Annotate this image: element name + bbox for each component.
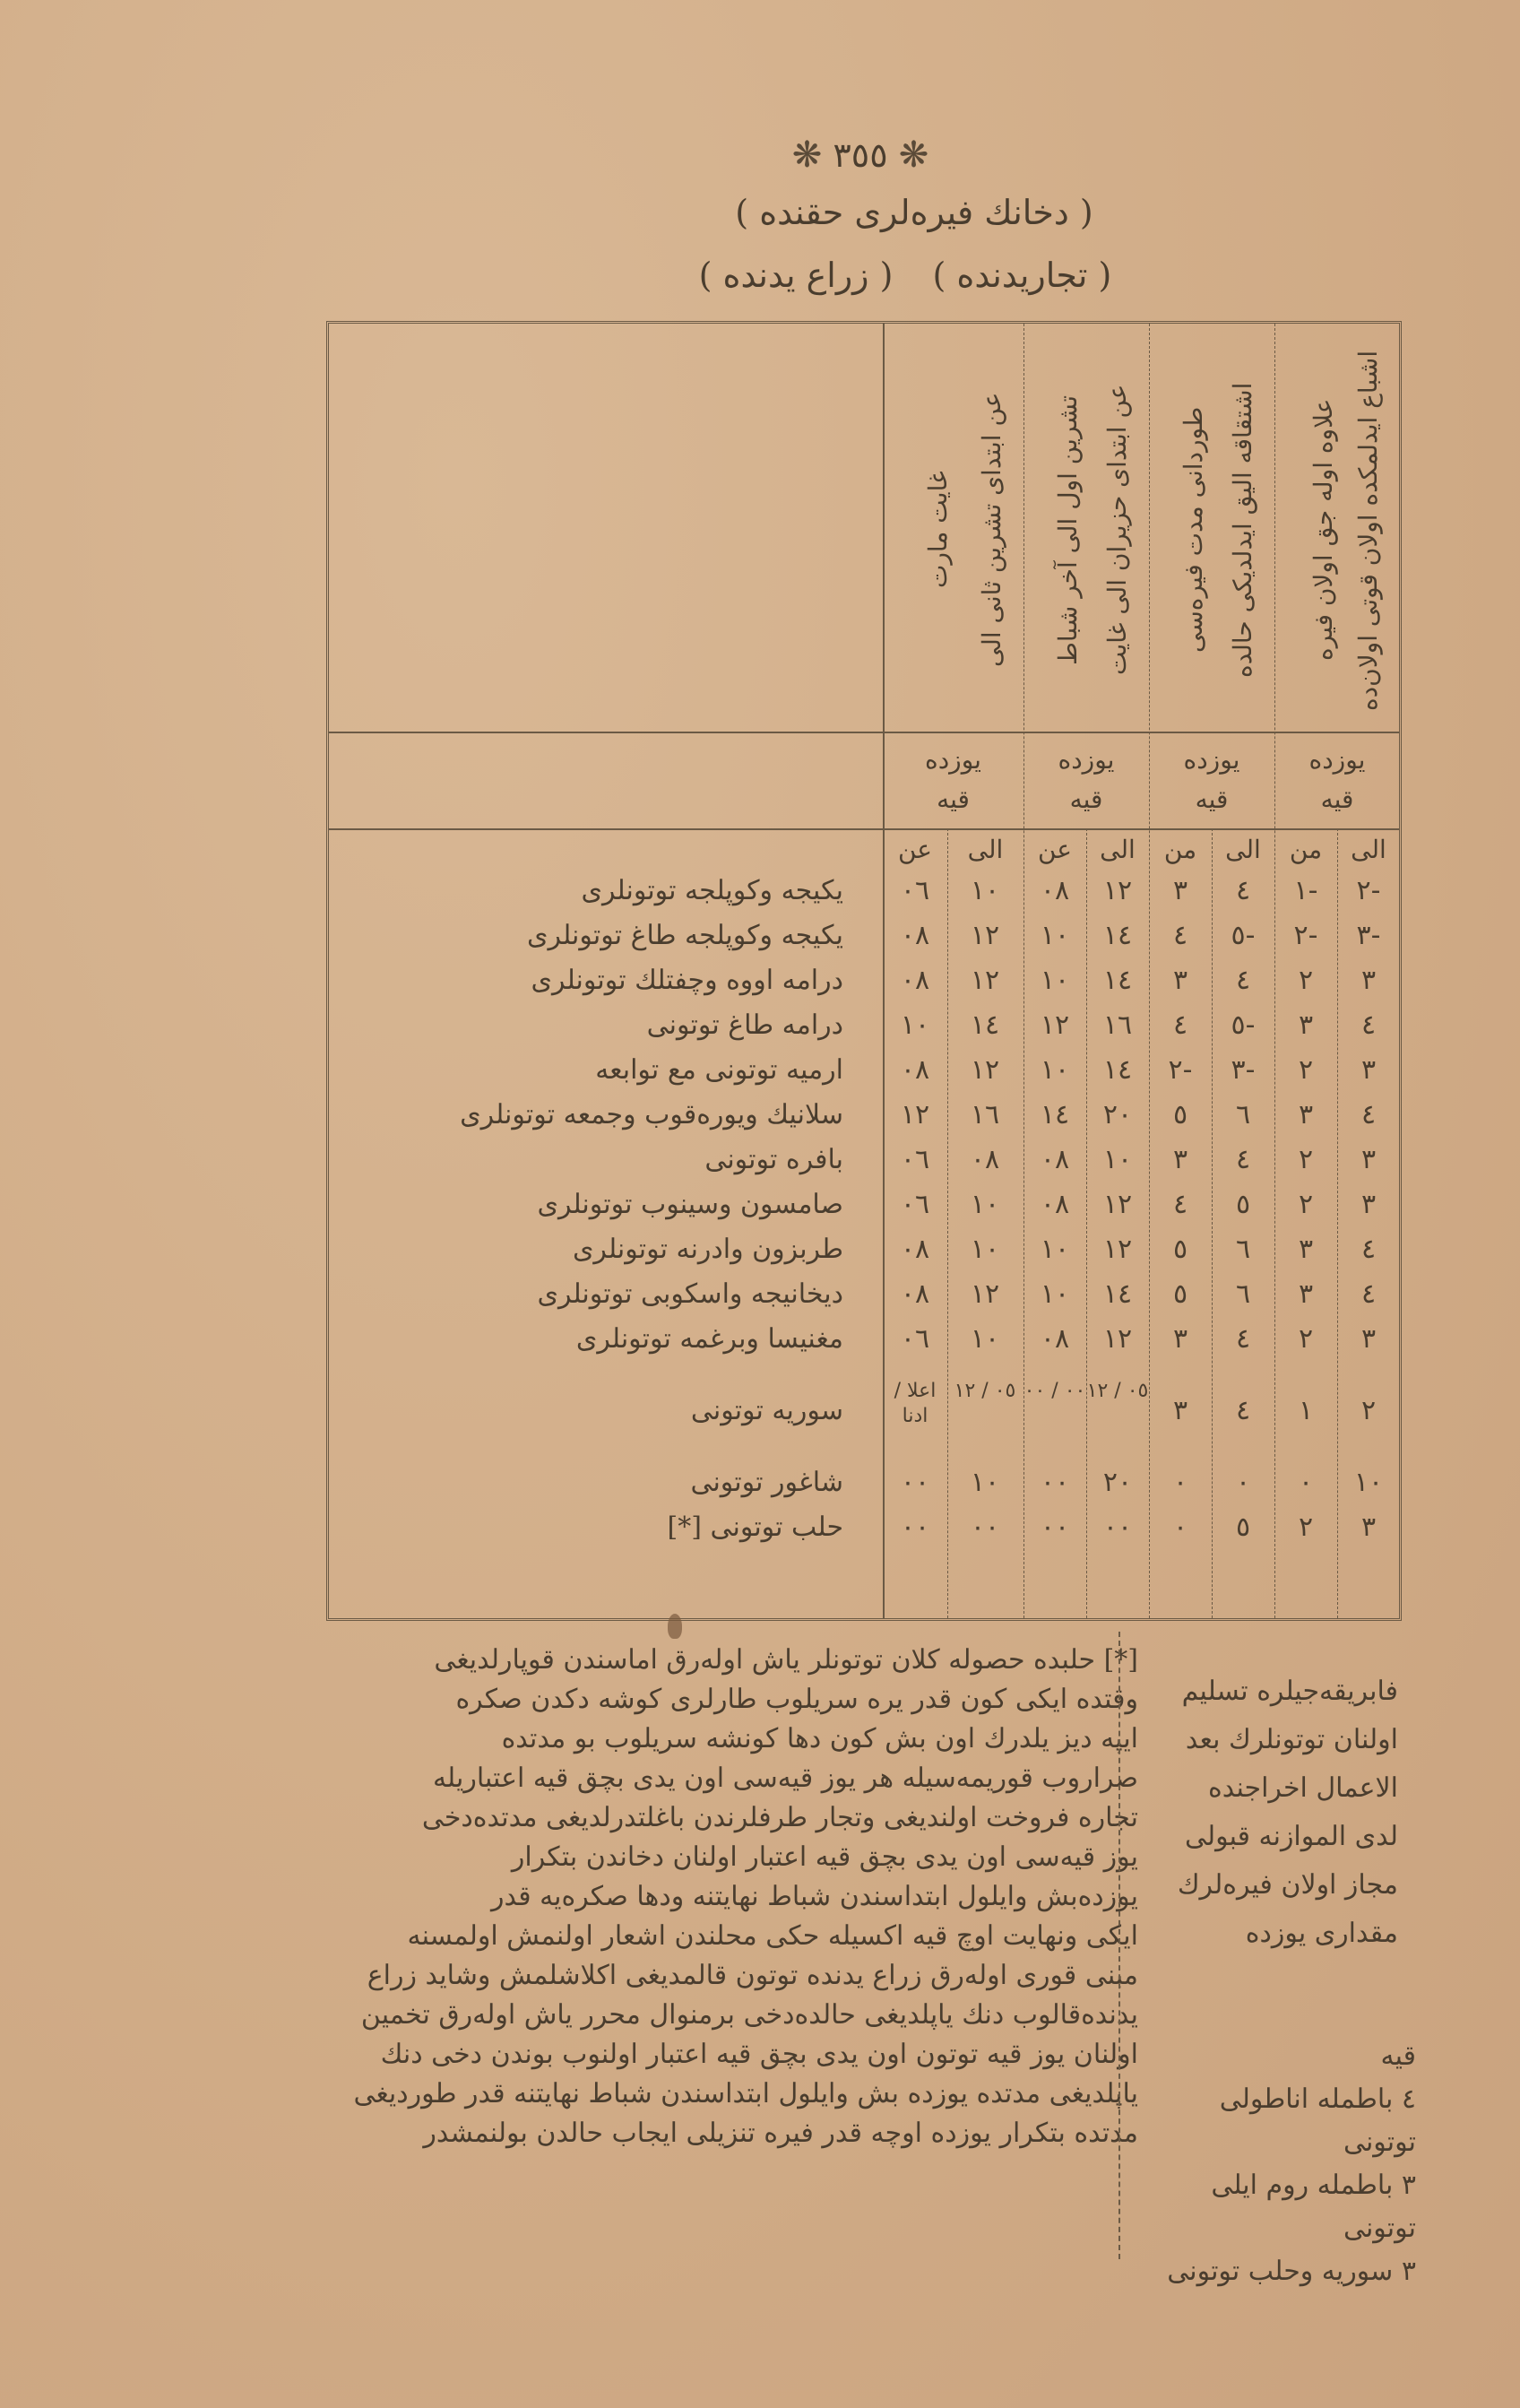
ornament-icon: ❋ — [792, 134, 823, 176]
side-note-line: مجاز اولان فیره‌لرك — [1156, 1861, 1398, 1910]
unit-top: یوزده — [1274, 741, 1400, 780]
table-row-label: سوریه توتونی — [691, 1395, 843, 1426]
side-note-item: ٣ سوریه وحلب توتونی — [1147, 2250, 1416, 2293]
table-cell: -٣ — [1212, 1054, 1274, 1086]
footnote-line: مدتده بتکرار یوزده اوچه قدر فیره تنزیلی … — [332, 2114, 1138, 2153]
unit-cell: یوزده قیه — [1274, 741, 1400, 819]
page-number-value: ٣٥٥ — [833, 135, 887, 175]
table-cell: ٤ — [1337, 1009, 1400, 1041]
table-cell: ١٢ — [954, 965, 1016, 996]
table-cell: ١٢ — [884, 1099, 946, 1130]
table-cell: ٢ — [1274, 1144, 1337, 1175]
table-cell: ٥ — [1212, 1511, 1274, 1543]
table-cell: ١٢ — [1086, 1323, 1149, 1355]
table-row-label: شاغور توتونی — [690, 1467, 843, 1498]
table-row-label: درامه طاغ توتونی — [647, 1009, 843, 1041]
unit-cell: یوزده قیه — [883, 741, 1023, 819]
table-cell: ٠٠ — [884, 1467, 946, 1498]
table-cell: ١٤ — [1086, 920, 1149, 951]
table-cell: ٤ — [1212, 965, 1274, 996]
table-cell: ١٠ — [1023, 1054, 1086, 1086]
table-cell: ٢٠ — [1086, 1467, 1149, 1498]
side-note-line: فابریقه‌جیلره تسلیم — [1156, 1667, 1398, 1716]
table-cell: ٢ — [1274, 1189, 1337, 1220]
table-cell: ٥ — [1149, 1278, 1212, 1310]
table-cell: ٢ — [1274, 1323, 1337, 1355]
side-note: فابریقه‌جیلره تسلیم اولنان توتونلرك بعد … — [1156, 1667, 1398, 1958]
table-row-label: سلانیك ویوره‌قوب وجمعه توتونلری — [460, 1099, 843, 1130]
table-cell: ٠٨ — [884, 965, 946, 996]
side-note-line: الاعمال اخراجنده — [1156, 1764, 1398, 1813]
side-note-item: ٤ باطمله اناطولی توتونی — [1147, 2078, 1416, 2164]
table-cell: ١٠ — [954, 1323, 1016, 1355]
table-cell: -٥ — [1212, 920, 1274, 951]
table-cell: ٣ — [1337, 1189, 1400, 1220]
side-note-list: قیه ٤ باطمله اناطولی توتونی ٣ باطمله روم… — [1147, 2035, 1416, 2293]
table-cell: ٣ — [1274, 1234, 1337, 1265]
table-cell: ١٠ — [954, 1189, 1016, 1220]
footnote-line: یدنده‌قالوب دنك یاپلدیغی حالده‌دخی برمنو… — [332, 1996, 1138, 2035]
table-cell: ٠ — [1149, 1511, 1212, 1543]
table-cell: اعلا / ادنا — [884, 1379, 946, 1429]
table-cell: ٠٨ — [1023, 875, 1086, 906]
table-cell: -٢ — [1274, 920, 1337, 951]
table-cell: ٣ — [1337, 965, 1400, 996]
table-cell: ١٠ — [954, 1467, 1016, 1498]
table-cell: ٢ — [1274, 1054, 1337, 1086]
unit-cell: یوزده قیه — [1023, 741, 1149, 819]
sub-header: الی — [1337, 835, 1400, 864]
page-subtitles: ( تجاریدنده ) ( زراع یدنده ) — [592, 256, 1219, 295]
side-note-divider — [1118, 1632, 1120, 2259]
table-cell: ٣ — [1337, 1144, 1400, 1175]
table-cell: ١٤ — [1086, 1278, 1149, 1310]
tobacco-wastage-table: اشباع ایدلمکده اولان قوتی اولان‌ده علاوه… — [326, 321, 1402, 1621]
table-cell: ١٦ — [954, 1099, 1016, 1130]
table-cell: ١٠ — [954, 1234, 1016, 1265]
table-cell: ٦ — [1212, 1234, 1274, 1265]
table-cell: ١٢ — [1086, 1234, 1149, 1265]
table-cell: ٢٠ — [1086, 1099, 1149, 1130]
table-cell: ١٠ — [884, 1009, 946, 1041]
subtitle-farmers: ( زراع یدنده ) — [699, 256, 894, 295]
table-cell: ٠٨ — [1023, 1144, 1086, 1175]
item-qty: ٤ — [1402, 2083, 1416, 2115]
table-cell: ٣ — [1149, 875, 1212, 906]
column-header-6: تشرین اول الی آخر شباط — [1050, 359, 1086, 700]
table-cell: ١٢ — [1086, 1189, 1149, 1220]
table-row-label: حلب توتونی [*] — [668, 1511, 843, 1543]
table-cell: ٠٦ — [884, 1189, 946, 1220]
table-cell: ١ — [1274, 1395, 1337, 1426]
table-cell: ٢ — [1337, 1395, 1400, 1426]
table-cell: ٣ — [1337, 1323, 1400, 1355]
footnote-line: یوزده‌بش وایلول ابتداسندن شباط نهایتنه و… — [332, 1877, 1138, 1917]
page-title: ( دخانك فيره‌لری حقنده ) — [663, 193, 1165, 232]
header-divider — [329, 732, 1399, 733]
table-cell: ٠٨ — [884, 1278, 946, 1310]
footnote-line: ایکی ونهایت اوچ قیه اکسیله حکی محلندن اش… — [332, 1917, 1138, 1956]
item-label: سوریه وحلب توتونی — [1167, 2256, 1393, 2287]
sub-header: الی — [947, 835, 1023, 864]
table-cell: ٣ — [1274, 1099, 1337, 1130]
table-cell: ١٢ — [954, 920, 1016, 951]
table-cell: ٠٥ / ١٢ — [1086, 1379, 1149, 1404]
table-row-label: یکیجه وکوپلجه طاغ توتونلری — [527, 920, 843, 951]
footnote-line: تجاره فروخت اولندیغی وتجار طرفلرندن باغل… — [332, 1798, 1138, 1838]
table-cell: ١٠ — [1023, 1278, 1086, 1310]
side-note-line: مقداری یوزده — [1156, 1910, 1398, 1958]
item-label: باطمله اناطولی توتونی — [1220, 2083, 1416, 2158]
table-cell: ٢ — [1274, 965, 1337, 996]
table-cell: ١٢ — [954, 1054, 1016, 1086]
column-header-5: عن ابتدای حزیران الی غایت — [1100, 351, 1136, 709]
table-cell: ٠٠ — [1023, 1511, 1086, 1543]
column-header-7: عن ابتدای تشرین ثانی الی — [974, 351, 1010, 709]
table-cell: ٣ — [1274, 1009, 1337, 1041]
unit-bottom: قیه — [883, 780, 1023, 819]
footnote-line: اولنان یوز قیه توتون اون یدی بچق قیه اعت… — [332, 2035, 1138, 2075]
table-cell: ٤ — [1212, 1323, 1274, 1355]
table-cell: ٠٠ — [1086, 1511, 1149, 1543]
unit-bottom: قیه — [1023, 780, 1149, 819]
column-header-4: طوردانی مدت فیره‌سی — [1176, 359, 1212, 700]
table-cell: ٦ — [1212, 1099, 1274, 1130]
column-header-3: اشتقاقه الیق ایدلدیکی حالده — [1225, 351, 1261, 709]
table-cell: -٢ — [1149, 1054, 1212, 1086]
table-cell: ١٠ — [1023, 920, 1086, 951]
unit-divider — [329, 828, 1399, 830]
table-cell: ٠٨ — [954, 1144, 1016, 1175]
footnote: [*] حلبده حصوله کلان توتونلر یاش اوله‌رق… — [332, 1641, 1138, 2153]
side-note-item: ٣ باطمله روم ایلی توتونی — [1147, 2164, 1416, 2250]
table-cell: ١٤ — [1086, 965, 1149, 996]
table-cell: ١٠ — [1023, 965, 1086, 996]
table-cell: -٥ — [1212, 1009, 1274, 1041]
sub-column-divider — [947, 828, 948, 1618]
table-cell: ٠٠ — [884, 1511, 946, 1543]
table-cell: ٦ — [1212, 1278, 1274, 1310]
table-cell: ٥ — [1149, 1234, 1212, 1265]
table-cell: ٠٦ — [884, 875, 946, 906]
table-cell: ٠٠ — [1023, 1467, 1086, 1498]
table-cell: ٣ — [1337, 1511, 1400, 1543]
table-cell: ٤ — [1212, 875, 1274, 906]
footnote-line: وقتده ایکی کون قدر یره سریلوب طارلری کوش… — [332, 1680, 1138, 1719]
table-row-label: ارمیه توتونی مع توابعه — [595, 1054, 843, 1086]
side-note-unit: قیه — [1147, 2035, 1416, 2078]
table-cell: ٣ — [1149, 1323, 1212, 1355]
sub-header: عن — [883, 835, 947, 864]
table-cell: ٣ — [1274, 1278, 1337, 1310]
footnote-line: مبنی قوری اوله‌رق زراع یدنده توتون قالمد… — [332, 1956, 1138, 1996]
table-cell: ٤ — [1212, 1395, 1274, 1426]
unit-top: یوزده — [1149, 741, 1274, 780]
side-note-line: لدی الموازنه قبولی — [1156, 1813, 1398, 1861]
table-cell: ٣ — [1149, 1395, 1212, 1426]
page-number: ❋ ٣٥٥ ❋ — [771, 134, 950, 176]
table-cell: ١٢ — [1023, 1009, 1086, 1041]
table-cell: ١٤ — [1023, 1099, 1086, 1130]
sub-header: الی — [1212, 835, 1274, 864]
table-cell: ٣ — [1337, 1054, 1400, 1086]
item-label: باطمله روم ایلی توتونی — [1211, 2170, 1416, 2244]
table-cell: ١٠ — [1023, 1234, 1086, 1265]
table-row-label: دیخانیجه واسکوبی توتونلری — [537, 1278, 843, 1310]
sub-header: الی — [1086, 835, 1149, 864]
table-row-label: طربزون وادرنه توتونلری — [573, 1234, 843, 1265]
table-cell: ١٤ — [954, 1009, 1016, 1041]
table-cell: ٠٨ — [884, 1234, 946, 1265]
table-cell: ١٢ — [954, 1278, 1016, 1310]
table-cell: ٠٠ / ٠٠ — [1023, 1379, 1086, 1404]
unit-cell: یوزده قیه — [1149, 741, 1274, 819]
table-cell: ٢ — [1274, 1511, 1337, 1543]
table-row-label: صامسون وسینوب توتونلری — [537, 1189, 843, 1220]
table-row-label: درامه اووه وچفتلك توتونلری — [531, 965, 843, 996]
table-cell: ٠٠ — [954, 1511, 1016, 1543]
table-cell: ٠٦ — [884, 1144, 946, 1175]
footnote-line: ایپه دیز یلدرك اون بش کون دها کونشه سریل… — [332, 1719, 1138, 1759]
table-cell: ٠٨ — [884, 920, 946, 951]
table-cell: ٠٨ — [884, 1054, 946, 1086]
sub-header: من — [1149, 835, 1212, 864]
table-cell: ٤ — [1149, 920, 1212, 951]
column-header-2: علاوه اوله جق اولان فیره — [1306, 359, 1342, 700]
table-cell: ١٦ — [1086, 1009, 1149, 1041]
table-cell: ٠٨ — [1023, 1323, 1086, 1355]
table-cell: ٠٨ — [1023, 1189, 1086, 1220]
table-cell: ٤ — [1149, 1189, 1212, 1220]
table-cell: -٢ — [1337, 875, 1400, 906]
table-row-label: یکیجه وکوپلجه توتونلری — [582, 875, 844, 906]
table-cell: ٤ — [1337, 1099, 1400, 1130]
unit-top: یوزده — [1023, 741, 1149, 780]
table-row-label: مغنیسا وبرغمه توتونلری — [576, 1323, 843, 1355]
table-cell: ١٠ — [1337, 1467, 1400, 1498]
table-cell: ٠ — [1212, 1467, 1274, 1498]
unit-bottom: قیه — [1149, 780, 1274, 819]
table-cell: ٣ — [1149, 1144, 1212, 1175]
paper-stain — [668, 1614, 682, 1639]
table-cell: ٤ — [1212, 1144, 1274, 1175]
table-cell: -٣ — [1337, 920, 1400, 951]
footnote-line: یاپلدیغی مدتده یوزده بش وایلول ابتداسندن… — [332, 2075, 1138, 2114]
table-cell: ٤ — [1337, 1278, 1400, 1310]
table-cell: ٠٥ / ١٢ — [954, 1379, 1016, 1404]
unit-top: یوزده — [883, 741, 1023, 780]
footnote-line: صراروب قوریمه‌سیله هر یوز قیه‌سی اون یدی… — [332, 1759, 1138, 1798]
subtitle-merchants: ( تجاریدنده ) — [933, 256, 1112, 295]
table-cell: ٣ — [1149, 965, 1212, 996]
table-cell: ١٠ — [954, 875, 1016, 906]
side-note-line: اولنان توتونلرك بعد — [1156, 1716, 1398, 1764]
table-row-label: بافره توتونی — [704, 1144, 843, 1175]
table-cell: -١ — [1274, 875, 1337, 906]
sub-header: عن — [1023, 835, 1086, 864]
footnote-line: یوز قیه‌سی اون یدی بچق قیه اعتبار اولنان… — [332, 1838, 1138, 1877]
unit-bottom: قیه — [1274, 780, 1400, 819]
table-cell: ٠ — [1149, 1467, 1212, 1498]
ornament-icon: ❋ — [899, 134, 929, 176]
table-cell: ١٢ — [1086, 875, 1149, 906]
table-cell: ١٠ — [1086, 1144, 1149, 1175]
item-qty: ٣ — [1402, 2170, 1416, 2201]
table-cell: ٥ — [1149, 1099, 1212, 1130]
table-cell: ٤ — [1337, 1234, 1400, 1265]
table-cell: ٥ — [1212, 1189, 1274, 1220]
sub-header: من — [1274, 835, 1337, 864]
table-cell: ١٤ — [1086, 1054, 1149, 1086]
footnote-line: [*] حلبده حصوله کلان توتونلر یاش اوله‌رق… — [332, 1641, 1138, 1680]
table-cell: ٠٦ — [884, 1323, 946, 1355]
table-cell: ٤ — [1149, 1009, 1212, 1041]
item-qty: ٣ — [1402, 2256, 1416, 2287]
table-cell: ٠ — [1274, 1467, 1337, 1498]
column-header-8: غایت مارت — [920, 359, 956, 700]
column-header-1: اشباع ایدلمکده اولان قوتی اولان‌ده — [1351, 351, 1386, 709]
